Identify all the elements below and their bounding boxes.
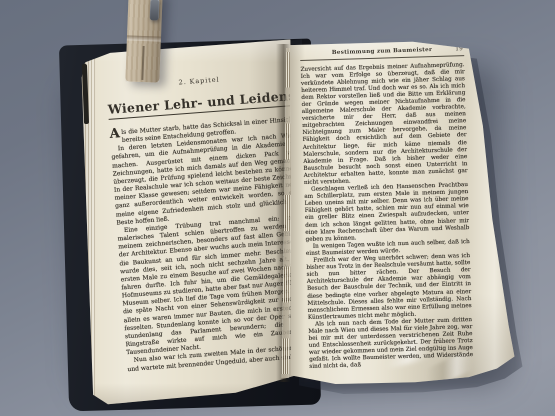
right-page-text-block: Bestimmung zum Baumeister 19 Zuversicht … bbox=[300, 46, 473, 371]
right-page-paragraph: Zuversicht auf das Ergebnis meiner Aufna… bbox=[300, 62, 468, 187]
page-number: 19 bbox=[455, 46, 463, 52]
left-page: 2. Kapitel Wiener Lehr- und Leidensjahre… bbox=[76, 28, 304, 410]
right-page-paragraph: Als ich nun nach dem Tode der Mutter zum… bbox=[308, 317, 473, 371]
clothespin bbox=[125, 0, 162, 83]
chapter-title-wrap: Wiener Lehr- und Leidensjahre bbox=[107, 85, 294, 120]
left-page-paragraph: In deren letzten Leidensmonaten war ich … bbox=[111, 132, 303, 227]
clothespin-metal-spring bbox=[150, 0, 160, 21]
photo-of-open-book: 2. Kapitel Wiener Lehr- und Leidensjahre… bbox=[0, 0, 555, 416]
running-head-row: Bestimmung zum Baumeister 19 bbox=[300, 46, 464, 60]
right-page-paragraph: Geschlagen verließ ich den Hansenschen P… bbox=[304, 182, 470, 244]
running-head: Bestimmung zum Baumeister bbox=[332, 47, 432, 56]
right-page-paragraph: Freilich war der Weg unerhört schwer; de… bbox=[306, 253, 472, 322]
